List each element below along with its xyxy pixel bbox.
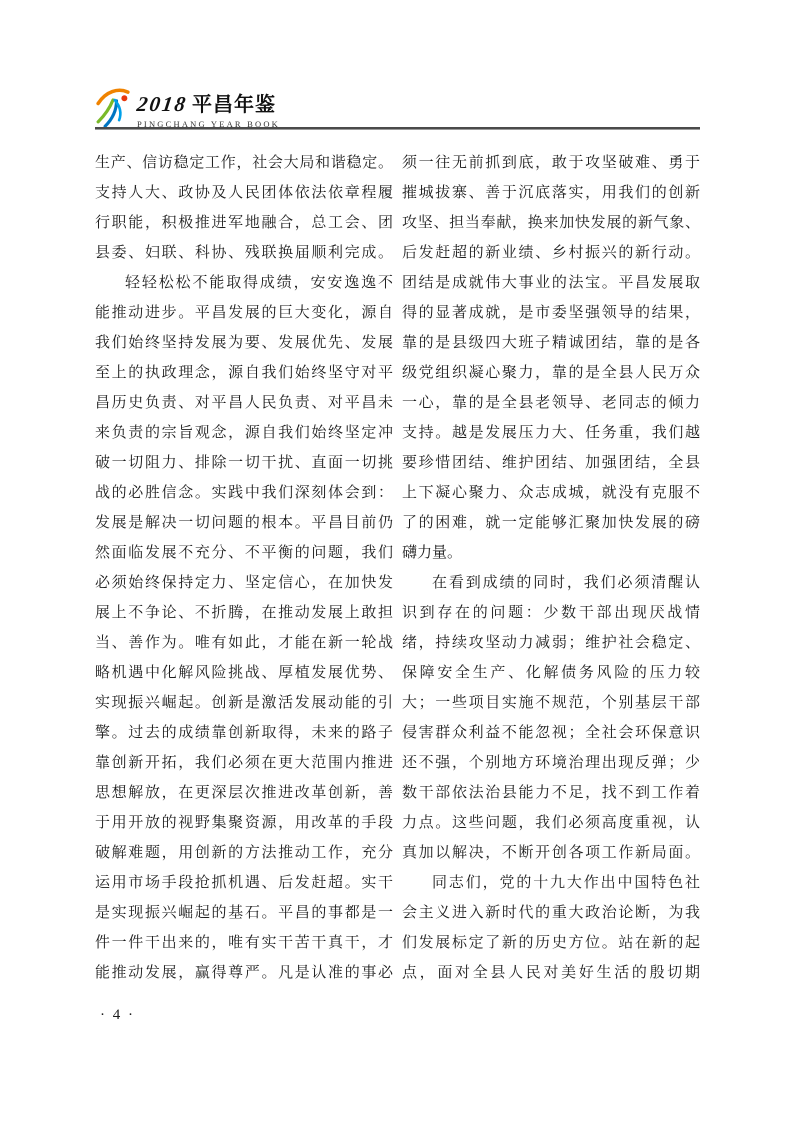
text-line: 于用开放的视野集聚资源，用改革的手段 [95,808,393,838]
text-line: 破解难题，用创新的方法推动工作，充分 [95,838,393,868]
text-line: 会主义进入新时代的重大政治论断，为我 [402,898,700,928]
text-line: 大；一些项目实施不规范，个别基层干部 [402,688,700,718]
text-line: 轻轻松松不能取得成绩，安安逸逸不 [95,268,393,298]
dancer-figure-icon [95,86,131,128]
text-line: 支持人大、政协及人民团体依法依章程履 [95,178,393,208]
text-line: 力点。这些问题，我们必须高度重视，认 [402,808,700,838]
page-footer: · 4 · [100,1006,135,1024]
text-line: 上下凝心聚力、众志成城，就没有克服不 [402,478,700,508]
text-line: 礴力量。 [402,538,700,568]
text-line: 破一切阻力、排除一切干扰、直面一切挑 [95,448,393,478]
text-line: 了的困难，就一定能够汇聚加快发展的磅 [402,508,700,538]
text-line: 昌历史负责、对平昌人民负责、对平昌未 [95,388,393,418]
logo-year: 2018 [135,92,189,117]
text-line: 须一往无前抓到底，敢于攻坚破难、勇于 [402,148,700,178]
text-line: 还不强，个别地方环境治理出现反弹；少 [402,748,700,778]
text-line: 保障安全生产、化解债务风险的压力较 [402,658,700,688]
text-line: 略机遇中化解风险挑战、厚植发展优势、 [95,658,393,688]
text-line: 我们始终坚持发展为要、发展优先、发展 [95,328,393,358]
text-line: 发展是解决一切问题的根本。平昌目前仍 [95,508,393,538]
text-line: 件一件干出来的，唯有实干苦干真干，才 [95,928,393,958]
text-line: 后发赶超的新业绩、乡村振兴的新行动。 [402,238,700,268]
text-line: 绪，持续攻坚动力减弱；维护社会稳定、 [402,628,700,658]
text-line: 擎。过去的成绩靠创新取得，未来的路子 [95,718,393,748]
header-rule [95,127,700,130]
text-line: 团结是成就伟大事业的法宝。平昌发展取 [402,268,700,298]
page-header: 2018 平昌年鉴 PINGCHANG YEAR BOOK [95,88,700,129]
text-line: 级党组织凝心聚力，靠的是全县人民万众 [402,358,700,388]
text-line: 靠的是县级四大班子精诚团结，靠的是各 [402,328,700,358]
page-number: · 4 · [100,1007,135,1023]
text-line: 靠创新开拓，我们必须在更大范围内推进 [95,748,393,778]
text-line: 识到存在的问题：少数干部出现厌战情 [402,598,700,628]
text-line: 能推动发展，赢得尊严。凡是认准的事必 [95,958,393,988]
text-line: 实现振兴崛起。创新是激活发展动能的引 [95,688,393,718]
text-line: 县委、妇联、科协、残联换届顺利完成。 [95,238,393,268]
text-line: 运用市场手段抢抓机遇、后发赶超。实干 [95,868,393,898]
logo-title-cn: 平昌年鉴 [192,88,276,117]
logo-text-block: 2018 平昌年鉴 PINGCHANG YEAR BOOK [137,88,280,129]
text-line: 得的显著成就，是市委坚强领导的结果， [402,298,700,328]
yearbook-page: 2018 平昌年鉴 PINGCHANG YEAR BOOK 生产、信访稳定工作，… [0,0,793,1122]
text-line: 们发展标定了新的历史方位。站在新的起 [402,928,700,958]
text-line: 来负责的宗旨观念，源自我们始终坚定冲 [95,418,393,448]
text-line: 然面临发展不充分、不平衡的问题，我们 [95,538,393,568]
page-body: 生产、信访稳定工作，社会大局和谐稳定。支持人大、政协及人民团体依法依章程履行职能… [95,148,700,988]
text-line: 展上不争论、不折腾，在推动发展上敢担 [95,598,393,628]
text-column-left: 生产、信访稳定工作，社会大局和谐稳定。支持人大、政协及人民团体依法依章程履行职能… [95,148,393,988]
text-line: 能推动进步。平昌发展的巨大变化，源自 [95,298,393,328]
text-line: 是实现振兴崛起的基石。平昌的事都是一 [95,898,393,928]
yearbook-logo: 2018 平昌年鉴 PINGCHANG YEAR BOOK [95,88,700,129]
text-line: 攻坚、担当奉献，换来加快发展的新气象、 [402,208,700,238]
text-line: 同志们，党的十九大作出中国特色社 [402,868,700,898]
text-line: 点，面对全县人民对美好生活的殷切期 [402,958,700,988]
text-line: 至上的执政理念，源自我们始终坚守对平 [95,358,393,388]
text-line: 思想解放，在更深层次推进改革创新，善 [95,778,393,808]
text-line: 侵害群众利益不能忽视；全社会环保意识 [402,718,700,748]
text-line: 当、善作为。唯有如此，才能在新一轮战 [95,628,393,658]
text-line: 真加以解决，不断开创各项工作新局面。 [402,838,700,868]
text-line: 一心，靠的是全县老领导、老同志的倾力 [402,388,700,418]
text-line: 行职能，积极推进军地融合，总工会、团 [95,208,393,238]
text-line: 在看到成绩的同时，我们必须清醒认 [402,568,700,598]
text-line: 生产、信访稳定工作，社会大局和谐稳定。 [95,148,393,178]
text-line: 支持。越是发展压力大、任务重，我们越 [402,418,700,448]
text-line: 要珍惜团结、维护团结、加强团结，全县 [402,448,700,478]
text-line: 摧城拔寨、善于沉底落实，用我们的创新 [402,178,700,208]
text-line: 必须始终保持定力、坚定信心，在加快发 [95,568,393,598]
text-column-right: 须一往无前抓到底，敢于攻坚破难、勇于摧城拔寨、善于沉底落实，用我们的创新攻坚、担… [402,148,700,988]
text-line: 数干部依法治县能力不足，找不到工作着 [402,778,700,808]
text-line: 战的必胜信念。实践中我们深刻体会到： [95,478,393,508]
